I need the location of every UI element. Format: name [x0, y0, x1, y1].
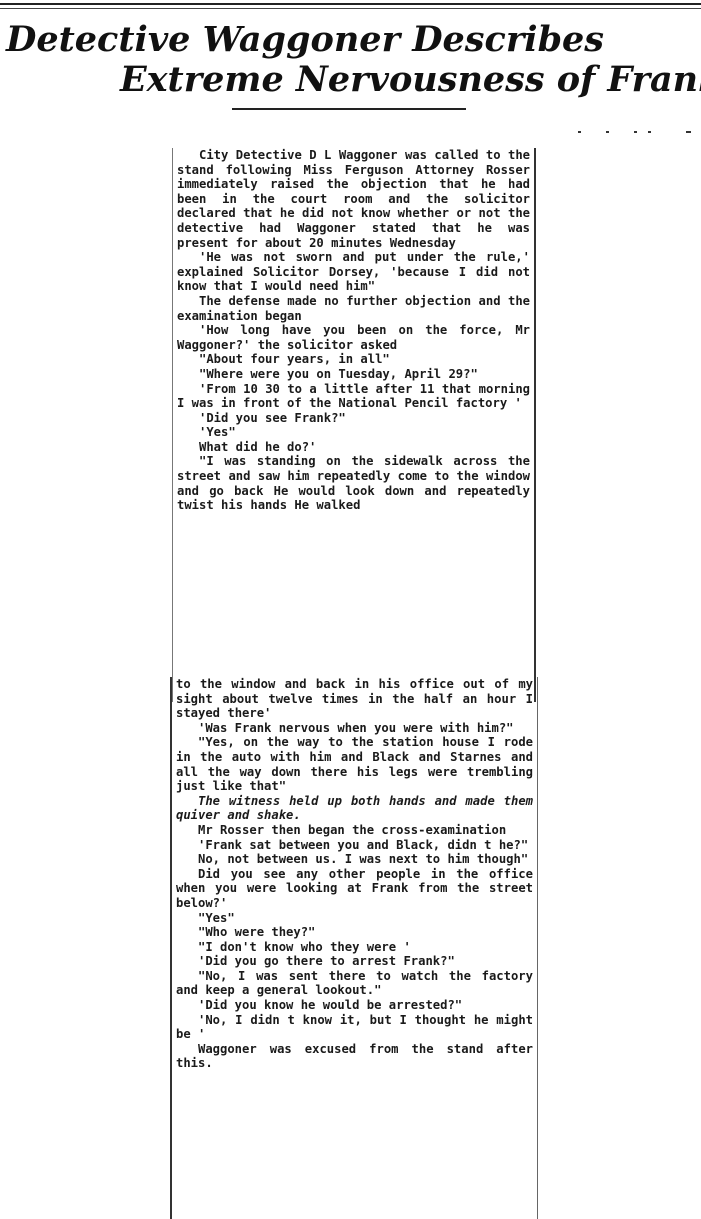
- paragraph: "Who were they?": [176, 925, 533, 940]
- paragraph: "I don't know who they were ': [176, 940, 533, 955]
- top-rule-thin: [0, 8, 701, 9]
- paragraph: Waggoner was excused from the stand afte…: [176, 1042, 533, 1071]
- paragraph: 'Frank sat between you and Black, didn t…: [176, 838, 533, 853]
- article-column-1: City Detective D L Waggoner was called t…: [172, 148, 536, 702]
- paragraph: Mr Rosser then began the cross-examinati…: [176, 823, 533, 838]
- paragraph: 'Did you know he would be arrested?": [176, 998, 533, 1013]
- headline-divider: [232, 108, 466, 110]
- headline-line-1: Detective Waggoner Describes: [6, 20, 604, 60]
- paragraph: "Yes, on the way to the station house I …: [176, 735, 533, 793]
- paragraph: City Detective D L Waggoner was called t…: [177, 148, 530, 250]
- paragraph: What did he do?': [177, 440, 530, 455]
- paragraph: "Where were you on Tuesday, April 29?": [177, 367, 530, 382]
- paragraph: to the window and back in his office out…: [176, 677, 533, 721]
- decorative-dots: [578, 131, 698, 134]
- paragraph: No, not between us. I was next to him th…: [176, 852, 533, 867]
- paragraph: The defense made no further objection an…: [177, 294, 530, 323]
- paragraph: 'From 10 30 to a little after 11 that mo…: [177, 382, 530, 411]
- paragraph: 'No, I didn t know it, but I thought he …: [176, 1013, 533, 1042]
- article-column-2: to the window and back in his office out…: [170, 677, 538, 1219]
- paragraph: "I was standing on the sidewalk across t…: [177, 454, 530, 512]
- paragraph: 'Was Frank nervous when you were with hi…: [176, 721, 533, 736]
- paragraph: 'He was not sworn and put under the rule…: [177, 250, 530, 294]
- paragraph: 'Did you see Frank?": [177, 411, 530, 426]
- paragraph: 'How long have you been on the force, Mr…: [177, 323, 530, 352]
- paragraph: "About four years, in all": [177, 352, 530, 367]
- paragraph: Did you see any other people in the offi…: [176, 867, 533, 911]
- paragraph: 'Yes": [177, 425, 530, 440]
- paragraph: "No, I was sent there to watch the facto…: [176, 969, 533, 998]
- top-rule: [0, 3, 701, 5]
- paragraph: The witness held up both hands and made …: [176, 794, 533, 823]
- headline-line-2: Extreme Nervousness of Frank: [120, 60, 701, 100]
- paragraph: 'Did you go there to arrest Frank?": [176, 954, 533, 969]
- paragraph: "Yes": [176, 911, 533, 926]
